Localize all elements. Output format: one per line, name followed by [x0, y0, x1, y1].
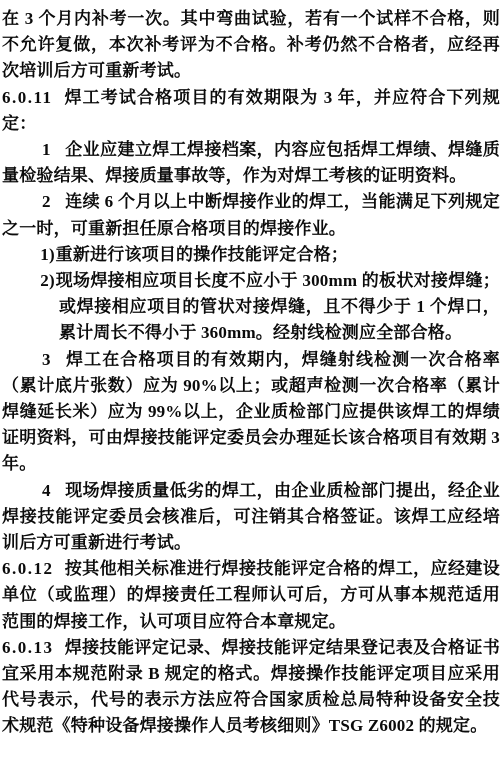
clause-number: 3	[42, 350, 51, 369]
clause-number: 2)	[40, 271, 55, 290]
document-page: 在 3 个月内补考一次。其中弯曲试验，若有一个试样不合格，则不允许复做，本次补考…	[0, 0, 502, 766]
paragraph-text: 在 3 个月内补考一次。其中弯曲试验，若有一个试样不合格，则不允许复做，本次补考…	[2, 9, 500, 80]
clause-number: 1)	[40, 245, 55, 264]
paragraph-text: 现场焊接质量低劣的焊工，由企业质检部门提出，经企业焊接技能评定委员会核准后，可注…	[2, 481, 500, 552]
paragraph-1: 1)重新进行该项目的操作技能评定合格；	[2, 242, 500, 268]
paragraph-text: 企业应建立焊工焊接档案，内容应包括焊工焊绩、焊缝质量检验结果、焊接质量事故等，作…	[2, 140, 500, 185]
paragraph-6.0.13: 6.0.13焊接技能评定记录、焊接技能评定结果登记表及合格证书宜采用本规范附录 …	[2, 635, 500, 740]
paragraph-text: 连续 6 个月以上中断焊接作业的焊工，当能满足下列规定之一时，可重新担任原合格项…	[2, 192, 500, 237]
paragraph-text: 按其他相关标准进行焊接技能评定合格的焊工，应经建设单位（或监理）的焊接责任工程师…	[2, 559, 500, 630]
clause-number: 6.0.11	[2, 88, 53, 107]
paragraph-text: 焊工考试合格项目的有效期限为 3 年，并应符合下列规定：	[2, 88, 500, 133]
paragraph-text: 现场焊接相应项目长度不应小于 300mm 的板状对接焊缝；或焊接相应项目的管状对…	[56, 271, 500, 342]
paragraph-6.0.11: 6.0.11焊工考试合格项目的有效期限为 3 年，并应符合下列规定：	[2, 85, 500, 137]
clause-number: 1	[42, 140, 51, 159]
paragraph-continuation: 在 3 个月内补考一次。其中弯曲试验，若有一个试样不合格，则不允许复做，本次补考…	[2, 6, 500, 85]
paragraph-2: 2)现场焊接相应项目长度不应小于 300mm 的板状对接焊缝；或焊接相应项目的管…	[2, 268, 500, 347]
clause-number: 6.0.12	[2, 559, 54, 578]
clause-number: 6.0.13	[2, 638, 54, 657]
paragraph-1: 1企业应建立焊工焊接档案，内容应包括焊工焊绩、焊缝质量检验结果、焊接质量事故等，…	[2, 137, 500, 189]
paragraph-text: 焊接技能评定记录、焊接技能评定结果登记表及合格证书宜采用本规范附录 B 规定的格…	[2, 638, 500, 736]
paragraph-text: 重新进行该项目的操作技能评定合格；	[56, 245, 348, 264]
paragraph-text: 焊工在合格项目的有效期内，焊缝射线检测一次合格率（累计底片张数）应为 90%以上…	[2, 350, 500, 474]
paragraph-3: 3焊工在合格项目的有效期内，焊缝射线检测一次合格率（累计底片张数）应为 90%以…	[2, 347, 500, 478]
paragraph-6.0.12: 6.0.12按其他相关标准进行焊接技能评定合格的焊工，应经建设单位（或监理）的焊…	[2, 556, 500, 635]
clause-number: 2	[42, 192, 51, 211]
clause-number: 4	[42, 481, 51, 500]
paragraph-2: 2连续 6 个月以上中断焊接作业的焊工，当能满足下列规定之一时，可重新担任原合格…	[2, 189, 500, 241]
paragraph-4: 4现场焊接质量低劣的焊工，由企业质检部门提出，经企业焊接技能评定委员会核准后，可…	[2, 478, 500, 557]
